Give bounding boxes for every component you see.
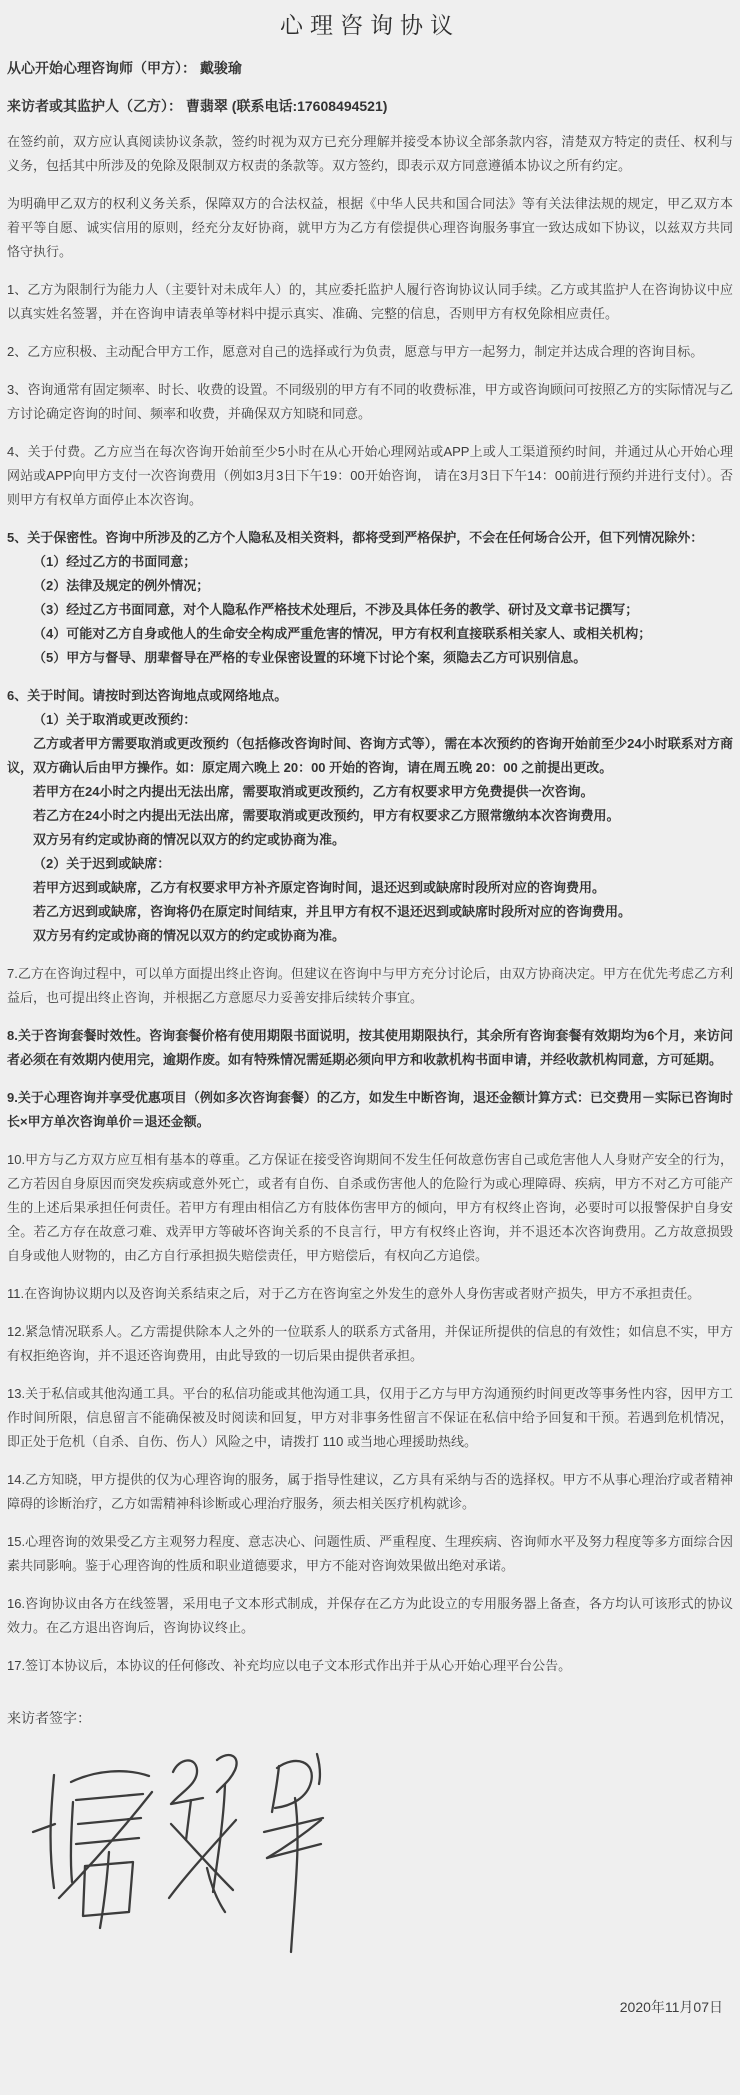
party-b-line: 来访者或其监护人（乙方）： 曹翡翠 (联系电话:17608494521): [7, 96, 733, 116]
clause-6-sub2-paragraph-2: 若乙方迟到或缺席，咨询将仍在原定时间结束，并且甲方有权不退还迟到或缺席时段所对应…: [7, 900, 733, 924]
document-title: 心理咨询协议: [7, 10, 733, 40]
clause-5-heading: 5、关于保密性。咨询中所涉及的乙方个人隐私及相关资料，都将受到严格保护，不会在任…: [7, 526, 733, 550]
clause-17: 17.签订本协议后，本协议的任何修改、补充均应以电子文本形式作出并于从心开始心理…: [7, 1654, 733, 1678]
clause-6-sub1-paragraph-2: 若甲方在24小时之内提出无法出席，需要取消或更改预约，乙方有权要求甲方免费提供一…: [7, 780, 733, 804]
clause-3: 3、咨询通常有固定频率、时长、收费的设置。不同级别的甲方有不同的收费标准，甲方或…: [7, 378, 733, 426]
clause-12: 12.紧急情况联系人。乙方需提供除本人之外的一位联系人的联系方式备用，并保证所提…: [7, 1320, 733, 1368]
clause-13: 13.关于私信或其他沟通工具。平台的私信功能或其他沟通工具，仅用于乙方与甲方沟通…: [7, 1382, 733, 1454]
visitor-signature: [21, 1740, 331, 1968]
clause-6-heading: 6、关于时间。请按时到达咨询地点或网络地点。: [7, 684, 733, 708]
party-a-line: 从心开始心理咨询师（甲方）： 戴骏瑜: [7, 58, 733, 78]
signature-date: 2020年11月07日: [7, 1998, 723, 2016]
clause-6-sub1-paragraph-3: 若乙方在24小时之内提出无法出席，需要取消或更改预约，甲方有权要求乙方照常缴纳本…: [7, 804, 733, 828]
clause-5-item-3: （3）经过乙方书面同意，对个人隐私作严格技术处理后，不涉及具体任务的教学、研讨及…: [7, 598, 733, 622]
clause-2: 2、乙方应积极、主动配合甲方工作，愿意对自己的选择或行为负责，愿意与甲方一起努力…: [7, 340, 733, 364]
clause-5-item-5: （5）甲方与督导、朋辈督导在严格的专业保密设置的环境下讨论个案，须隐去乙方可识别…: [7, 646, 733, 670]
clause-10: 10.甲方与乙方双方应互相有基本的尊重。乙方保证在接受咨询期间不发生任何故意伤害…: [7, 1148, 733, 1268]
clause-9: 9.关于心理咨询并享受优惠项目（例如多次咨询套餐）的乙方，如发生中断咨询，退还金…: [7, 1086, 733, 1134]
clause-6-sub2-heading: （2）关于迟到或缺席：: [7, 852, 733, 876]
clause-5-item-4: （4）可能对乙方自身或他人的生命安全构成严重危害的情况，甲方有权利直接联系相关家…: [7, 622, 733, 646]
clause-16: 16.咨询协议由各方在线签署，采用电子文本形式制成，并保存在乙方为此设立的专用服…: [7, 1592, 733, 1640]
clause-5-item-1: （1）经过乙方的书面同意；: [7, 550, 733, 574]
clause-14: 14.乙方知晓，甲方提供的仅为心理咨询的服务，属于指导性建议，乙方具有采纳与否的…: [7, 1468, 733, 1516]
intro-paragraph-1: 在签约前，双方应认真阅读协议条款，签约时视为双方已充分理解并接受本协议全部条款内…: [7, 130, 733, 178]
clause-6-sub1-paragraph-1: 乙方或者甲方需要取消或更改预约（包括修改咨询时间、咨询方式等），需在本次预约的咨…: [7, 732, 733, 780]
clause-15: 15.心理咨询的效果受乙方主观努力程度、意志决心、问题性质、严重程度、生理疾病、…: [7, 1530, 733, 1578]
clause-1: 1、乙方为限制行为能力人（主要针对未成年人）的，其应委托监护人履行咨询协议认同手…: [7, 278, 733, 326]
intro-paragraph-2: 为明确甲乙双方的权利义务关系，保障双方的合法权益，根据《中华人民共和国合同法》等…: [7, 192, 733, 264]
clause-6-sub1-paragraph-4: 双方另有约定或协商的情况以双方的约定或协商为准。: [7, 828, 733, 852]
clause-8: 8.关于咨询套餐时效性。咨询套餐价格有使用期限书面说明，按其使用期限执行，其余所…: [7, 1024, 733, 1072]
clause-4: 4、关于付费。乙方应当在每次咨询开始前至少5小时在从心开始心理网站或APP上或人…: [7, 440, 733, 512]
clause-7: 7.乙方在咨询过程中，可以单方面提出终止咨询。但建议在咨询中与甲方充分讨论后，由…: [7, 962, 733, 1010]
clause-6-sub1-heading: （1）关于取消或更改预约：: [7, 708, 733, 732]
clause-6-sub2-paragraph-1: 若甲方迟到或缺席，乙方有权要求甲方补齐原定咨询时间，退还迟到或缺席时段所对应的咨…: [7, 876, 733, 900]
clause-11: 11.在咨询协议期内以及咨询关系结束之后，对于乙方在咨询室之外发生的意外人身伤害…: [7, 1282, 733, 1306]
visitor-signature-label: 来访者签字：: [7, 1708, 733, 1728]
clause-6-sub2-paragraph-3: 双方另有约定或协商的情况以双方的约定或协商为准。: [7, 924, 733, 948]
agreement-document: 心理咨询协议 从心开始心理咨询师（甲方）： 戴骏瑜 来访者或其监护人（乙方）： …: [0, 10, 740, 2016]
clause-5-item-2: （2）法律及规定的例外情况；: [7, 574, 733, 598]
